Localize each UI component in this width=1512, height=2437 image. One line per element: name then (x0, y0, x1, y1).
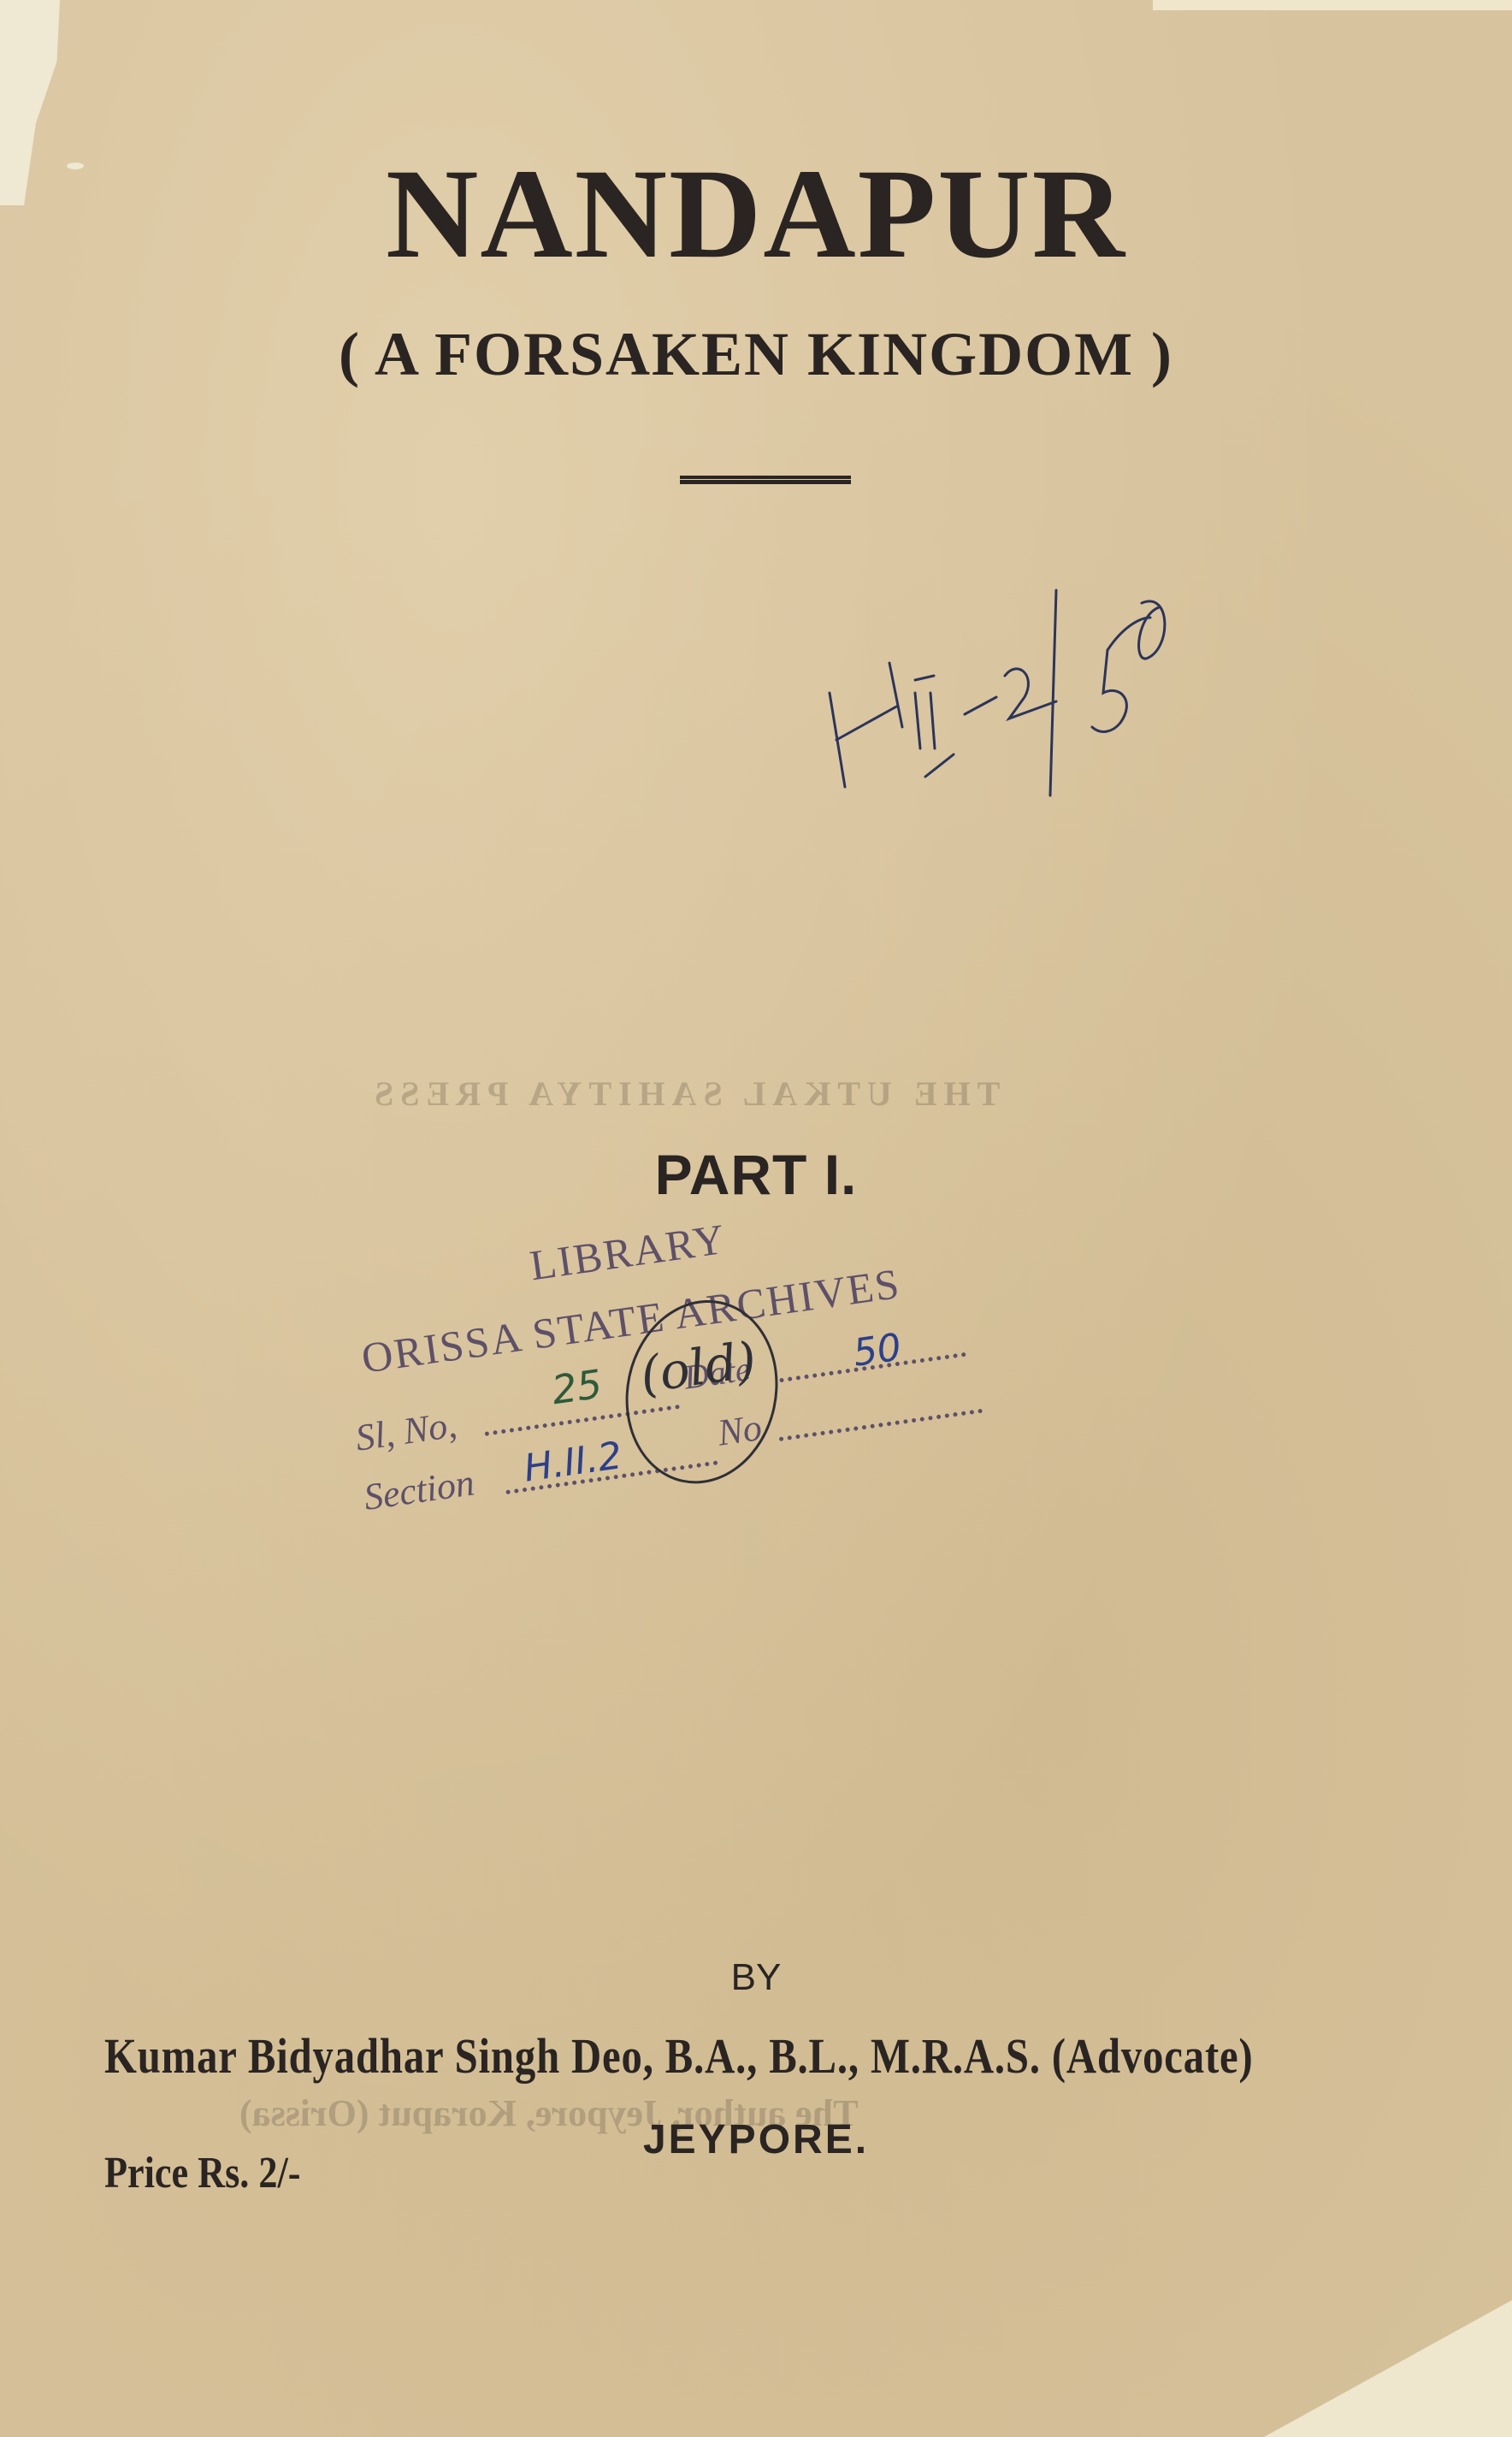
stamp-sl-no-label: Sl, No, (353, 1403, 460, 1460)
stamp-section-label: Section (361, 1461, 476, 1520)
stamp-section-value: H.II.2 (522, 1434, 625, 1491)
stamp-heading: LIBRARY (527, 1214, 729, 1291)
book-cover-page: NANDAPUR ( A FORSAKEN KINGDOM ) THE UTKA… (0, 0, 1512, 2437)
page-edge-top (1153, 0, 1512, 10)
stamp-date-value: 50 (850, 1325, 904, 1375)
price-label: Price Rs. 2/- (104, 2151, 301, 2196)
author-line: Kumar Bidyadhar Singh Deo, B.A., B.L., M… (104, 2032, 1254, 2081)
ghost-press-text: THE UTKAL SAHITYA PRESS (368, 1074, 1000, 1114)
corner-fold (1264, 2300, 1512, 2437)
part-label: PART I. (0, 1146, 1512, 1203)
decorative-rule (680, 476, 851, 484)
by-label: BY (0, 1959, 1512, 1996)
library-stamp: LIBRARY ORISSA STATE ARCHIVES Sl, No, 25… (332, 1174, 1045, 1523)
stamp-sl-no-value: 25 (549, 1361, 605, 1414)
book-subtitle: ( A FORSAKEN KINGDOM ) (0, 323, 1512, 385)
stamp-dotted-line (779, 1409, 983, 1441)
book-title: NANDAPUR (0, 150, 1512, 278)
handwritten-catalog-note (812, 556, 1257, 813)
